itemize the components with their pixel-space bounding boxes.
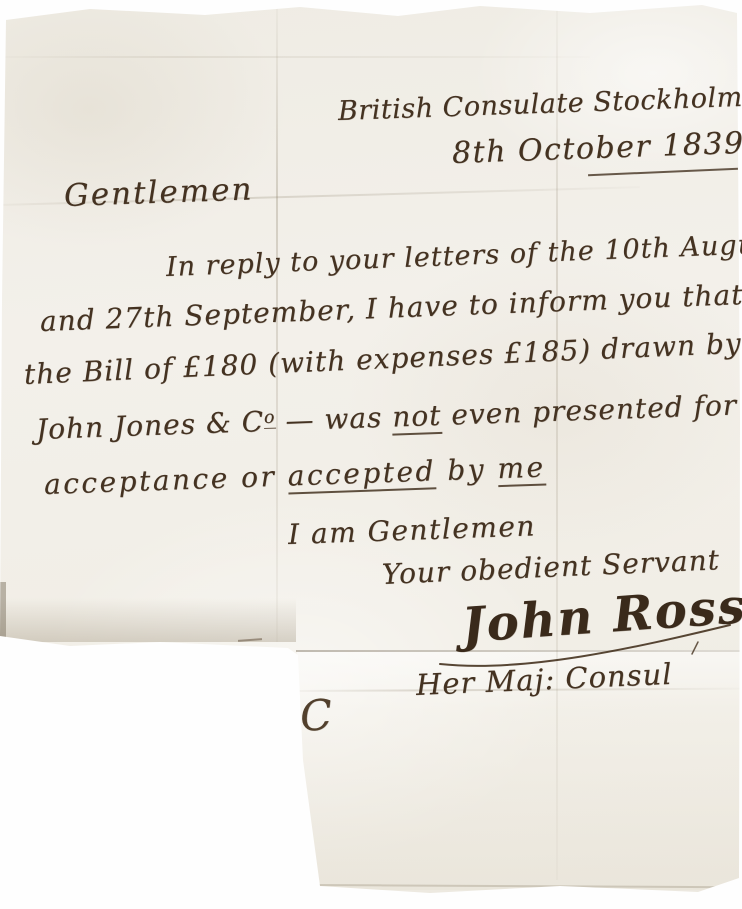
body-line-5-underlined-me: me (497, 450, 546, 487)
paper-left-edge-mark (0, 582, 6, 642)
body-line-4-underlined-word: not (392, 399, 442, 436)
letterhead-date-year: 1839 (662, 126, 742, 164)
paper-bottom-edge-shade (0, 598, 296, 642)
salutation: Gentlemen (63, 171, 254, 214)
fold-crease-horizontal-1 (0, 56, 590, 58)
body-line-4-firm-superscript: o (264, 408, 276, 429)
letterhead-date-prefix: 8th October (451, 129, 662, 171)
body-line-5-mid: by (435, 452, 498, 487)
body-line-4-mid: — was (275, 401, 393, 438)
body-line-5-underlined-accepted: accepted (287, 454, 436, 494)
stray-ink-mark: C (298, 690, 333, 741)
letter-scan: British Consulate Stockholm 8th October … (0, 0, 742, 909)
